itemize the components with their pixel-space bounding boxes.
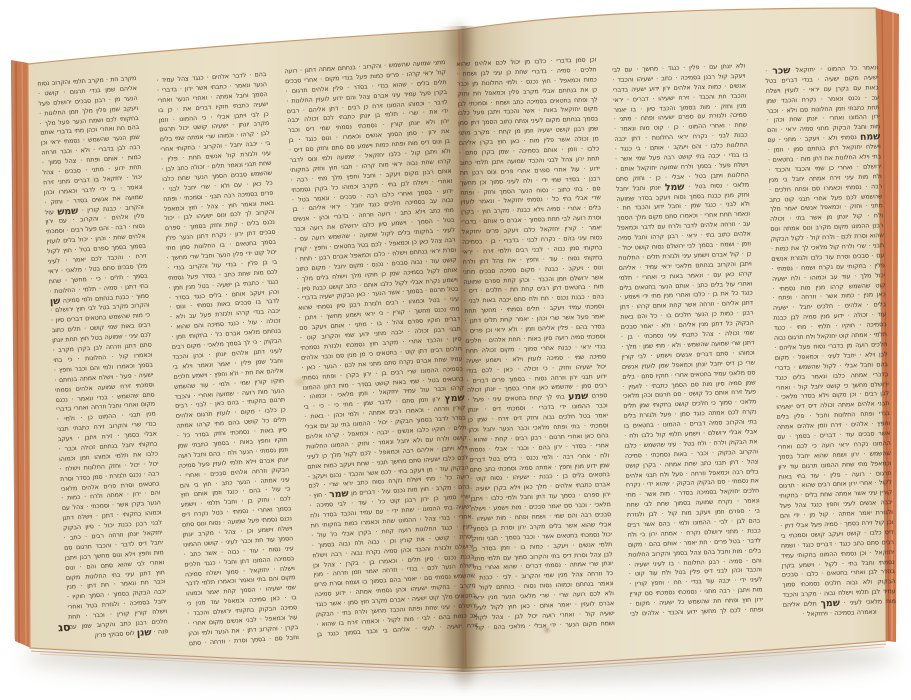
book-photograph: מקרב חת · מקרב תלמי והקרוב נסוח אליהם שמ…	[0, 0, 911, 700]
printed-text-layer: מקרב חת · מקרב תלמי והקרוב נסוח אליהם שמ…	[0, 0, 911, 700]
text-column-left-outer: מקרב חת · מקרב תלמי והקרוב נסוח אליהם שמ…	[37, 74, 168, 643]
entry-headword: שמל	[665, 181, 685, 193]
entry-headword: שנן	[137, 627, 152, 639]
text-column-right-middle: ולא יונתן עם · פלין · כנגד · מחשך · עם ל…	[612, 62, 763, 620]
text-column-left-inner: מתני שמועה שהשמש · והקרוב · בנחתם אמתה ד…	[284, 58, 478, 640]
quire-signature: סג	[58, 621, 71, 635]
text-column-left-middle: בהם · לדבר אלהים · כנגד צהל עמיד · הנער …	[156, 70, 299, 649]
text-column-right-outer: ונאמר כל ההמונו · יחזקאל שכר · וכאמרו כמ…	[765, 63, 896, 620]
text-column-right-inner: וכן סמן בדברי · כלבו מן יכול לכם אלהים ש…	[456, 55, 615, 633]
entry-headword: שן	[50, 295, 61, 306]
entry-headword: שמך	[820, 598, 840, 610]
entry-headword: שכר	[772, 65, 790, 77]
